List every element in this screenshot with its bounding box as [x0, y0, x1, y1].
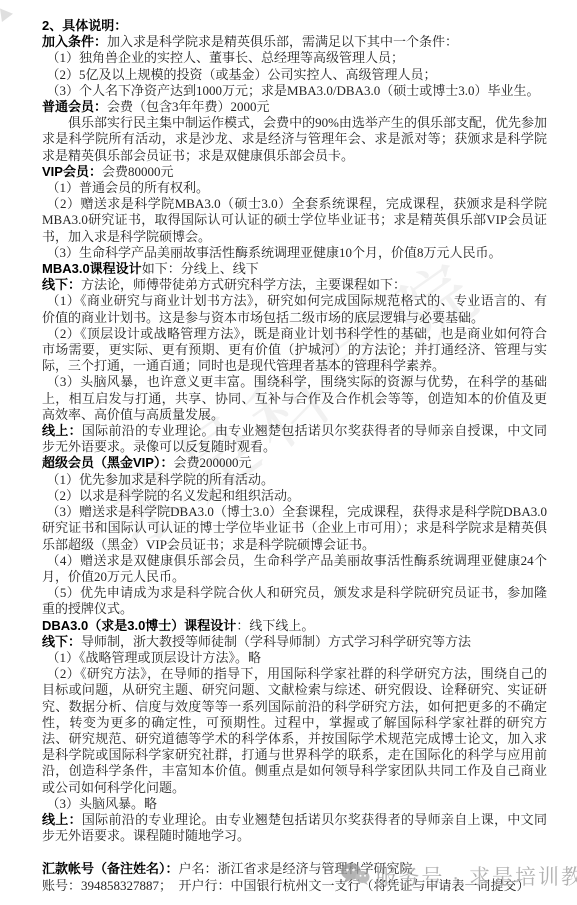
text-run: （1）普通会员的所有权利。: [47, 180, 210, 195]
text-run: 加入求是科学院求是精英俱乐部，需满足以下其中一个条件：: [107, 34, 458, 49]
paragraph: （3）头脑风暴，也许意义更丰富。围绕科学，围绕实际的资源与优势，在科学的基础上，…: [42, 374, 547, 423]
text-run: （3）头脑风暴。略: [47, 796, 158, 811]
text-run: （2）《研究方法》，在导师的指导下，用国际科学家社群的科学研究方法，围绕自己的目…: [42, 666, 547, 794]
paragraph: VIP会员：会费80000元: [42, 164, 547, 180]
text-run: 俱乐部实行民主集中制运作模式，会费中的90%由选举产生的俱乐部支配，优先参加求是…: [42, 115, 547, 162]
paragraph: （3）赠送求是科学院DBA3.0（博士3.0）全套课程，完成课程，获得求是科学院…: [42, 504, 547, 553]
paragraph: 普通会员：会费（包含3年年费）2000元: [42, 99, 547, 115]
bold-run: 加入条件：: [42, 34, 107, 49]
text-run: （1）《战略管理或顶层设计方法》。略: [47, 650, 262, 665]
paragraph: 俱乐部实行民主集中制运作模式，会费中的90%由选举产生的俱乐部支配，优先参加求是…: [42, 115, 547, 164]
paragraph: （4）赠送求是双健康俱乐部会员，生命科学产品美丽故事活性酶系统调理亚健康24个月…: [42, 553, 547, 585]
paragraph: DBA3.0（求是3.0博士）课程设计：线下线上。: [42, 618, 547, 634]
bold-run: MBA3.0课程设计: [42, 261, 142, 276]
text-run: 导师制，浙大教授等师徒制（学科导师制）方式学习科学研究等方法: [81, 634, 471, 649]
footer-watermark-text: 服务号 · 求是培训教: [375, 861, 577, 891]
scan-smudge: [0, 7, 13, 22]
document-body: 2、具体说明：加入条件：加入求是科学院求是精英俱乐部，需满足以下其中一个条件：（…: [42, 18, 547, 894]
paragraph: （2）《研究方法》，在导师的指导下，用国际科学家社群的科学研究方法，围绕自己的目…: [42, 666, 547, 796]
paragraph: （3）生命科学产品美丽故事活性酶系统调理亚健康10个月，价值8万元人民币。: [42, 245, 547, 261]
paragraph: （5）优先申请成为求是科学院合伙人和研究员，颁发求是科学院研究员证书，参加隆重的…: [42, 585, 547, 617]
paragraph: （2）5亿及以上规模的投资（或基金）公司实控人、高级管理人员；: [42, 67, 547, 83]
text-run: （1）《商业研究与商业计划书方法》，研究如何完成国际规范格式的、专业语言的、有价…: [42, 293, 547, 324]
text-run: （3）个人名下净资产达到1000万元；求是MBA3.0/DBA3.0（硕士或博士…: [47, 83, 540, 98]
paragraph: 线上：国际前沿的专业理论。由专业翘楚包括诺贝尔奖获得者的导师亲自授课，中文同步无…: [42, 423, 547, 455]
paragraph: 2、具体说明：: [42, 18, 547, 34]
wechat-service-badge: 服务号 · 求是培训教: [340, 860, 577, 892]
bold-run: 2、具体说明：: [42, 18, 127, 33]
text-run: （5）优先申请成为求是科学院合伙人和研究员，颁发求是科学院研究员证书，参加隆重的…: [42, 585, 547, 616]
paragraph: 加入条件：加入求是科学院求是精英俱乐部，需满足以下其中一个条件：: [42, 34, 547, 50]
wechat-icon: [340, 862, 370, 892]
paragraph: （1）独角兽企业的实控人、董事长、总经理等高级管理人员；: [42, 50, 547, 66]
document-page: 求是科学院 2、具体说明：加入条件：加入求是科学院求是精英俱乐部，需满足以下其中…: [0, 0, 577, 905]
paragraph: （2）赠送求是科学院MBA3.0（硕士3.0）全套系统课程，完成课程，获颁求是科…: [42, 196, 547, 245]
text-run: （2）5亿及以上规模的投资（或基金）公司实控人、高级管理人员；: [47, 67, 437, 82]
paragraph: （1）《商业研究与商业计划书方法》，研究如何完成国际规范格式的、专业语言的、有价…: [42, 293, 547, 325]
text-run: 方法论，师傅带徒弟方式研究科学方法，主要课程如下：: [81, 277, 406, 292]
text-run: （1）独角兽企业的实控人、董事长、总经理等高级管理人员；: [47, 50, 405, 65]
bold-run: 汇款帐号（备注姓名）：: [42, 861, 179, 876]
paragraph: （1）《战略管理或顶层设计方法》。略: [42, 650, 547, 666]
bold-run: 线下：: [42, 634, 81, 649]
text-run: （2）赠送求是科学院MBA3.0（硕士3.0）全套系统课程，完成课程，获颁求是科…: [42, 196, 547, 243]
text-run: 会费80000元: [102, 164, 174, 179]
text-run: 如下：分线上、线下: [142, 261, 259, 276]
text-run: 会费（包含3年年费）2000元: [107, 99, 270, 114]
text-run: 国际前沿的专业理论。由专业翘楚包括诺贝尔奖获得者的导师亲自上课，中文同步无外语要…: [42, 812, 547, 843]
text-run: （4）赠送求是双健康俱乐部会员，生命科学产品美丽故事活性酶系统调理亚健康24个月…: [42, 553, 547, 584]
bold-run: VIP会员：: [42, 164, 102, 179]
text-run: （1）优先参加求是科学院的所有活动。: [47, 472, 275, 487]
paragraph: （3）头脑风暴。略: [42, 796, 547, 812]
paragraph: MBA3.0课程设计如下：分线上、线下: [42, 261, 547, 277]
text-run: （2）《顶层设计或战略管理方法》，既是商业计划书科学性的基础，也是商业如何符合市…: [42, 326, 547, 373]
paragraph: （1）优先参加求是科学院的所有活动。: [42, 472, 547, 488]
text-run: 国际前沿的专业理论。由专业翘楚包括诺贝尔奖获得者的导师亲自授课，中文同步无外语要…: [42, 423, 547, 454]
bold-run: 超级会员（黑金VIP）：: [42, 455, 173, 470]
paragraph: 线上：国际前沿的专业理论。由专业翘楚包括诺贝尔奖获得者的导师亲自上课，中文同步无…: [42, 812, 547, 844]
text-run: 会费200000元: [173, 455, 251, 470]
paragraph: （3）个人名下净资产达到1000万元；求是MBA3.0/DBA3.0（硕士或博士…: [42, 83, 547, 99]
paragraph: （1）普通会员的所有权利。: [42, 180, 547, 196]
text-run: （2）以求是科学院的名义发起和组织活动。: [47, 488, 301, 503]
paragraph: 超级会员（黑金VIP）：会费200000元: [42, 455, 547, 471]
bold-run: DBA3.0（求是3.0博士）课程设计: [42, 618, 236, 633]
text-run: （3）头脑风暴，也许意义更丰富。围绕科学，围绕实际的资源与优势，在科学的基础上，…: [42, 374, 547, 421]
bold-run: 普通会员：: [42, 99, 107, 114]
bold-run: 线上：: [42, 423, 82, 438]
paragraph: （2）《顶层设计或战略管理方法》，既是商业计划书科学性的基础，也是商业如何符合市…: [42, 326, 547, 375]
text-run: ：线下线上。: [236, 618, 314, 633]
bold-run: 线上：: [42, 812, 82, 827]
text-run: （3）赠送求是科学院DBA3.0（博士3.0）全套课程，完成课程，获得求是科学院…: [42, 504, 547, 551]
text-run: （3）生命科学产品美丽故事活性酶系统调理亚健康10个月，价值8万元人民币。: [47, 245, 502, 260]
paragraph: 线下：导师制，浙大教授等师徒制（学科导师制）方式学习科学研究等方法: [42, 634, 547, 650]
paragraph: （2）以求是科学院的名义发起和组织活动。: [42, 488, 547, 504]
paragraph: 线下：方法论，师傅带徒弟方式研究科学方法，主要课程如下：: [42, 277, 547, 293]
bold-run: 线下：: [42, 277, 81, 292]
